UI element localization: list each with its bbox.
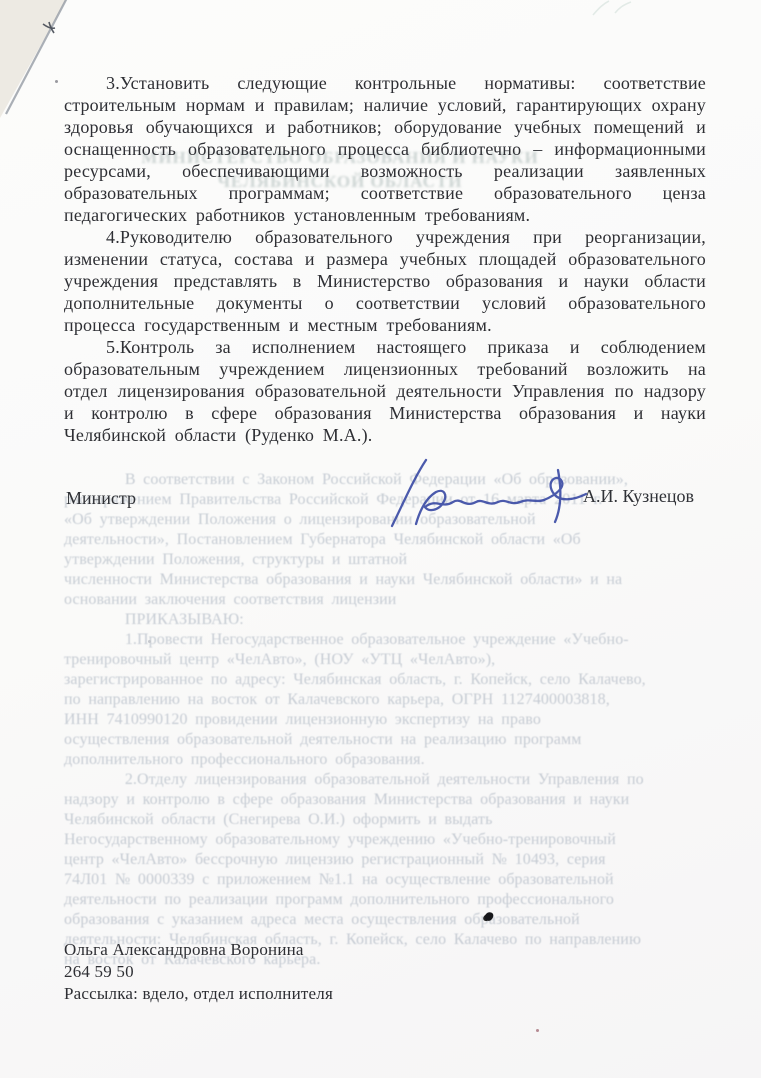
bleedthrough-line: по направлению на восток от Калачевского… — [64, 690, 712, 710]
scan-speckle — [690, 152, 692, 154]
bleedthrough-line: образования с указанием адреса места осу… — [64, 910, 712, 930]
bleedthrough-text-block: В соответствии с Законом Российской Феде… — [64, 470, 712, 970]
bleedthrough-line: зарегистрированное по адресу: Челябинска… — [64, 670, 712, 690]
bleedthrough-line: основании заключения соответствия лиценз… — [64, 590, 712, 610]
bleedthrough-line: тренировочный центр «ЧелАвто», (НОУ «УТЦ… — [64, 650, 712, 670]
minister-signature — [382, 454, 594, 532]
bleedthrough-line: центр «ЧелАвто» бессрочную лицензию реги… — [64, 850, 712, 870]
order-paragraph: 4.Руководителю образовательного учрежден… — [64, 226, 706, 336]
bleedthrough-line: 2.Отделу лицензирования образовательной … — [64, 770, 712, 790]
bleedthrough-mark — [585, 0, 645, 16]
executor-footer: Ольга Александровна Воронина 264 59 50 Р… — [64, 939, 564, 1005]
order-paragraph: 5.Контроль за исполнением настоящего при… — [64, 336, 706, 446]
signer-name: А.И. Кузнецов — [583, 486, 694, 507]
executor-name: Ольга Александровна Воронина — [64, 939, 564, 961]
bleedthrough-line: деятельности по реализации программ допо… — [64, 890, 712, 910]
bleedthrough-line: 1.Провести Негосударственное образовател… — [64, 630, 712, 650]
bleedthrough-line: осуществления образовательной деятельнос… — [64, 730, 712, 750]
ink-blot — [484, 911, 495, 922]
bleedthrough-line: утверждении Положения, структуры и штатн… — [64, 550, 712, 570]
scan-speckle — [148, 640, 151, 643]
scan-speckle — [536, 1029, 539, 1032]
pen-mark — [40, 18, 62, 36]
scanned-document-page: МИНИСТЕРСТВО ОБРАЗОВАНИЯ И НАУКИ ЧЕЛЯБИН… — [0, 0, 761, 1078]
signature-row: Министр А.И. Кузнецов — [64, 486, 706, 536]
bleedthrough-line: Негосударственному образовательному учре… — [64, 830, 712, 850]
bleedthrough-line: дополнительного профессионального образо… — [64, 750, 712, 770]
distribution-note: Рассылка: вдело, отдел исполнителя — [64, 983, 564, 1005]
scan-speckle — [55, 80, 58, 83]
order-paragraph: 3.Установить следующие контрольные норма… — [64, 72, 706, 226]
bleedthrough-line: ПРИКАЗЫВАЮ: — [64, 610, 712, 630]
bleedthrough-line: ИНН 7410990120 провидении лицензионную э… — [64, 710, 712, 730]
signer-title: Министр — [66, 488, 136, 509]
bleedthrough-line: Челябинской области (Снегирева О.И.) офо… — [64, 810, 712, 830]
bleedthrough-line: надзору и контролю в сфере образования М… — [64, 790, 712, 810]
bleedthrough-line: численности Министерства образования и н… — [64, 570, 712, 590]
order-body-text: 3.Установить следующие контрольные норма… — [64, 72, 706, 446]
executor-phone: 264 59 50 — [64, 961, 564, 983]
bleedthrough-line: 74Л01 № 0000339 с приложением №1.1 на ос… — [64, 870, 712, 890]
